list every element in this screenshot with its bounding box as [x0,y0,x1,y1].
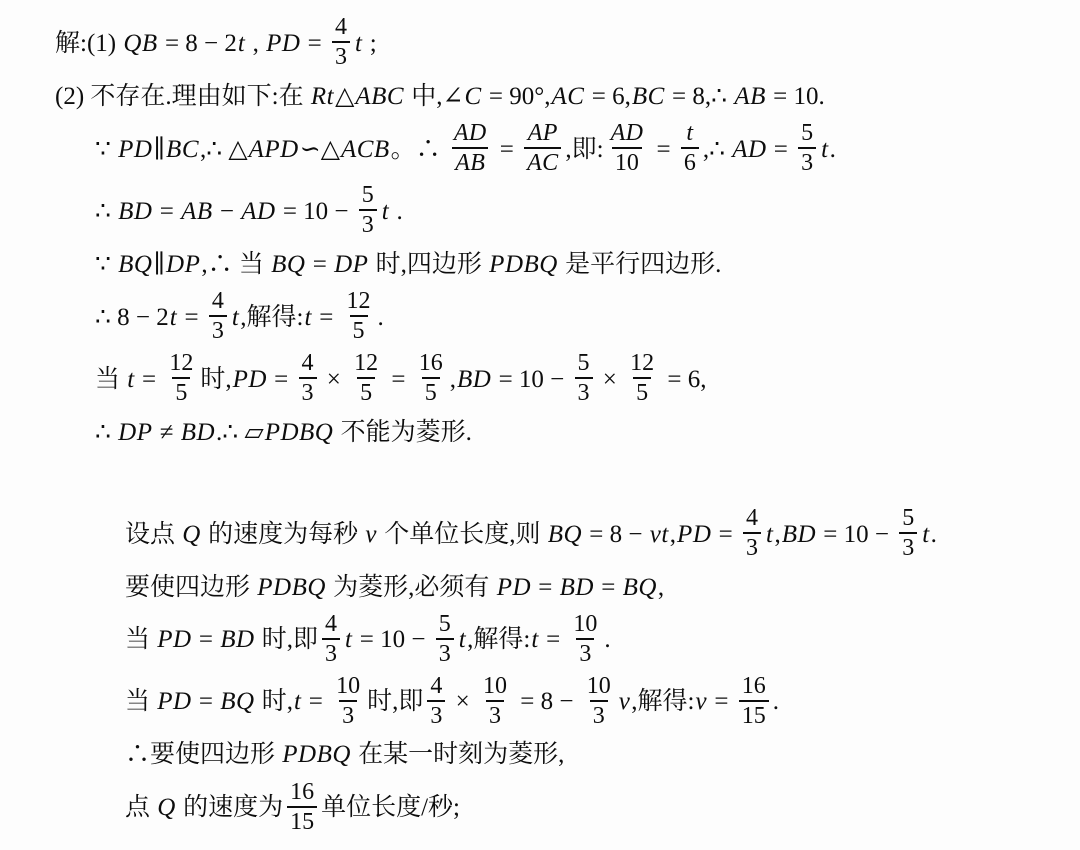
fraction-numerator: 12 [344,289,374,315]
text-run: .∴ ▱ [216,417,264,448]
math-variable: DP [333,249,369,280]
math-variable: AD [240,196,276,227]
fraction-denominator: 10 [612,147,642,175]
text-run: = [595,572,622,603]
text-run: = 10 − [817,519,895,550]
math-variable: v [364,519,378,550]
text-run: 时,四边形 [369,249,488,280]
text-run: = 10 − [277,196,355,227]
fraction-denominator: 3 [575,377,593,405]
text-run: = [385,364,412,395]
text-run: 的速度为 [177,792,283,823]
text-run: ≠ [153,417,179,448]
fraction-numerator: 5 [359,183,377,209]
fraction-numerator: 4 [743,506,761,532]
fraction-numerator: 5 [899,506,917,532]
text-run: × [449,686,476,717]
text-run: ; [363,28,376,59]
fraction-numerator: 4 [322,612,340,638]
fraction: 103 [570,612,600,667]
math-variable: t [344,624,353,655]
fraction-numerator: 16 [287,780,317,806]
solution-line: ∴要使四边形 PDBQ 在某一时刻为菱形, [0,737,1066,774]
fraction-numerator: 12 [627,351,657,377]
fraction-denominator: AC [524,147,561,175]
math-variable: PDBQ [256,572,327,603]
fraction-denominator: 3 [743,532,761,560]
text-run: = [268,364,295,395]
math-variable: t [303,302,312,333]
math-variable: Q [156,792,177,823]
fraction: 43 [209,289,227,344]
solution-line: (2) 不存在.理由如下:在 Rt△ABC 中,∠C = 90°,AC = 6,… [0,78,1066,115]
fraction-denominator: 3 [486,700,504,728]
text-run: = [540,624,567,655]
fraction-numerator: 16 [416,351,446,377]
math-variable: PD [156,686,192,717]
fraction: 53 [798,121,816,176]
fraction-numerator: 4 [427,674,445,700]
solution-line: 当 t = 125时,PD = 43 × 125 = 165,BD = 10 −… [0,352,1066,407]
solution-line: 解:(1) QB = 8 − 2t , PD = 43t ; [0,16,1066,71]
math-variable: PDBQ [281,739,352,770]
text-run: 时,即 [367,686,423,717]
math-variable: DP [165,249,201,280]
text-run: (2) 不存在.理由如下:在 [55,81,310,112]
math-variable: BC [165,134,200,165]
fraction: 165 [416,351,446,406]
fraction: 43 [427,674,445,729]
fraction: 1615 [739,674,769,729]
fraction-numerator: 16 [739,674,769,700]
text-run: = 8 − 2 [159,28,237,59]
fraction: ADAB [451,121,490,176]
text-run: ∽△ [300,134,340,165]
text-run: = [494,134,521,165]
fraction: 43 [299,351,317,406]
text-run: = 10 − [354,624,432,655]
text-run: ,解得: [240,302,303,333]
text-run: 个单位长度,则 [378,519,547,550]
fraction-numerator: 10 [333,674,363,700]
fraction-denominator: 5 [422,377,440,405]
text-run: 当 [125,686,156,717]
fraction-numerator: 10 [570,612,600,638]
text-run: 为菱形,必须有 [327,572,496,603]
math-variable: BQ [117,249,153,280]
solution-line: 当 PD = BQ 时,t = 103时,即43 × 103 = 8 − 103… [0,675,1066,730]
math-variable: AB [733,81,767,112]
fraction-denominator: 3 [339,700,357,728]
text-run: = [136,364,163,395]
math-variable: PD [265,28,301,59]
math-variable: v [695,686,709,717]
fraction-numerator: 10 [480,674,510,700]
solution-body: 解:(1) QB = 8 − 2t , PD = 43t ;(2) 不存在.理由… [0,16,1066,835]
fraction: 103 [333,674,363,729]
text-run: = [193,686,220,717]
text-run: , [246,28,265,59]
fraction-denominator: 15 [739,700,769,728]
math-variable: BC [631,81,666,112]
text-run: ,解得: [631,686,694,717]
fraction-denominator: 3 [332,41,350,69]
text-run: △ [335,81,354,112]
text-run: ∵ [95,134,117,165]
fraction-numerator: 5 [436,612,454,638]
fraction-denominator: 3 [209,315,227,343]
math-variable: BD [456,364,492,395]
math-variable: BD [180,417,216,448]
fraction: 125 [166,351,196,406]
text-run: = [153,196,180,227]
text-run: = [768,134,795,165]
text-run: = [708,686,735,717]
math-variable: v [618,686,632,717]
math-variable: t [458,624,467,655]
text-run: 当 [95,364,126,395]
fraction-denominator: 3 [427,700,445,728]
scanned-solution-page: 解:(1) QB = 8 − 2t , PD = 43t ;(2) 不存在.理由… [0,0,1080,850]
text-run: 。∴ [391,134,447,165]
fraction: 1615 [287,780,317,835]
math-variable: BQ [547,519,583,550]
text-run: ∥ [153,134,165,165]
fraction-denominator: 5 [350,315,368,343]
text-run: = 6, [585,81,630,112]
fraction-numerator: 4 [209,289,227,315]
math-variable: Q [181,519,202,550]
math-variable: t [293,686,302,717]
text-run: ∴要使四边形 [125,739,281,770]
text-run: 不能为菱形. [334,417,472,448]
solution-line: 点 Q 的速度为1615单位长度/秒; [0,781,1066,836]
math-variable: C [463,81,482,112]
text-run: = 8 − [583,519,649,550]
fraction: 43 [322,612,340,667]
text-run: ∥ [153,249,165,280]
math-variable: t [820,134,829,165]
fraction: 53 [575,351,593,406]
fraction: APAC [524,121,561,176]
fraction-denominator: 3 [299,377,317,405]
fraction-denominator: 6 [681,147,699,175]
fraction-denominator: 3 [576,638,594,666]
text-run: 时, [200,364,231,395]
fraction: AD10 [608,121,647,176]
fraction-denominator: 5 [633,377,651,405]
fraction-numerator: 12 [351,351,381,377]
text-run: 要使四边形 [125,572,256,603]
fraction-numerator: 4 [332,15,350,41]
text-run: 解:(1) [55,28,122,59]
text-run: = [650,134,677,165]
fraction: 125 [351,351,381,406]
solution-line: ∴ BD = AB − AD = 10 − 53t . [0,184,1066,239]
text-run: = [712,519,739,550]
text-run: = [301,28,328,59]
fraction-denominator: 3 [322,638,340,666]
text-run: . [773,686,779,717]
text-run: = 90°, [483,81,551,112]
fraction: t6 [681,121,699,176]
fraction-numerator: 5 [575,351,593,377]
fraction: 103 [584,674,614,729]
fraction-numerator: 5 [798,121,816,147]
text-run: 当 [125,624,156,655]
text-run: × [597,364,624,395]
fraction: 103 [480,674,510,729]
math-variable: PDBQ [264,417,335,448]
math-variable: vt [649,519,670,550]
fraction: 43 [743,506,761,561]
text-run: ∵ [95,249,117,280]
text-run: = [306,249,333,280]
text-run: . [378,302,384,333]
text-run: , [658,572,664,603]
math-variable: PD [232,364,268,395]
text-run: = 8,∴ [666,81,734,112]
fraction: 125 [627,351,657,406]
math-variable: BQ [622,572,658,603]
text-run: . [604,624,610,655]
fraction-numerator: 12 [166,351,196,377]
math-variable: BD [781,519,817,550]
fraction: 43 [332,15,350,70]
text-run: . [931,519,937,550]
text-run: = [178,302,205,333]
text-run: = 8 − [514,686,580,717]
fraction-denominator: 3 [590,700,608,728]
text-run: . [830,134,836,165]
math-variable: t [126,364,135,395]
fraction: 53 [436,612,454,667]
math-variable: t [765,519,774,550]
solution-line: 要使四边形 PDBQ 为菱形,必须有 PD = BD = BQ, [0,569,1066,606]
fraction-denominator: 3 [436,638,454,666]
math-variable: PD [676,519,712,550]
math-variable: PD [496,572,532,603]
text-run: 的速度为每秒 [202,519,365,550]
fraction-denominator: 15 [287,806,317,834]
text-run: ∴ [95,417,117,448]
solution-line: 当 PD = BD 时,即43t = 10 − 53t,解得:t = 103. [0,613,1066,668]
fraction: 53 [359,183,377,238]
math-variable: Rt [310,81,335,112]
math-variable: APD [248,134,300,165]
fraction: 125 [344,289,374,344]
math-variable: AC [551,81,586,112]
text-run: 中,∠ [405,81,463,112]
math-variable: AB [180,196,214,227]
fraction-numerator: AD [451,121,490,147]
fraction-denominator: AB [452,147,488,175]
fraction-denominator: 3 [899,532,917,560]
text-run: = [313,302,340,333]
fraction-denominator: 3 [359,209,377,237]
text-run: ,∴ [703,134,731,165]
fraction: 53 [899,506,917,561]
solution-line: ∵ BQ∥DP,∴ 当 BQ = DP 时,四边形 PDBQ 是平行四边形. [0,246,1066,283]
math-variable: t [237,28,246,59]
text-run: ∴ [95,196,117,227]
math-variable: ACB [340,134,391,165]
text-run: 点 [125,792,156,823]
text-run: ,∴ 当 [201,249,270,280]
fraction-numerator: t [683,121,696,147]
math-variable: BD [117,196,153,227]
math-variable: ABC [354,81,405,112]
math-variable: t [381,196,390,227]
math-variable: t [530,624,539,655]
text-run: − [214,196,241,227]
math-variable: PD [117,134,153,165]
math-variable: DP [117,417,153,448]
math-variable: BQ [270,249,306,280]
text-run: = 6, [661,364,706,395]
text-run: = [193,624,220,655]
text-run: ,即: [565,134,603,165]
text-run: ,∴ △ [200,134,248,165]
text-run: = [303,686,330,717]
math-variable: t [169,302,178,333]
math-variable: PDBQ [488,249,559,280]
fraction-numerator: 10 [584,674,614,700]
fraction-numerator: 4 [299,351,317,377]
text-run: × [321,364,348,395]
fraction-numerator: AD [608,121,647,147]
text-run: 时, [256,686,294,717]
math-variable: BD [559,572,595,603]
solution-line: ∴ 8 − 2t = 43t,解得:t = 125. [0,290,1066,345]
fraction-numerator: AP [525,121,561,147]
text-run: ,解得: [467,624,530,655]
math-variable: PD [156,624,192,655]
math-variable: AD [731,134,767,165]
math-variable: t [231,302,240,333]
fraction-denominator: 5 [357,377,375,405]
text-run: . [390,196,403,227]
text-run: 是平行四边形. [559,249,722,280]
math-variable: QB [122,28,158,59]
math-variable: BQ [219,686,255,717]
text-run: 时,即 [256,624,319,655]
text-run: 在某一时刻为菱形, [352,739,565,770]
text-run: = 10 − [492,364,570,395]
text-run: ∴ 8 − 2 [95,302,169,333]
fraction-denominator: 3 [798,147,816,175]
solution-line: 设点 Q 的速度为每秒 v 个单位长度,则 BQ = 8 − vt,PD = 4… [0,507,1066,562]
math-variable: t [354,28,363,59]
math-variable: t [921,519,930,550]
text-run: = 10. [767,81,825,112]
text-run: 设点 [125,519,181,550]
text-run: 单位长度/秒; [321,792,460,823]
fraction-denominator: 5 [172,377,190,405]
solution-line: ∴ DP ≠ BD.∴ ▱PDBQ 不能为菱形. [0,414,1066,451]
text-run: = [532,572,559,603]
math-variable: BD [219,624,255,655]
solution-line: ∵ PD∥BC,∴ △APD∽△ACB。∴ ADAB = APAC,即:AD10… [0,122,1066,177]
